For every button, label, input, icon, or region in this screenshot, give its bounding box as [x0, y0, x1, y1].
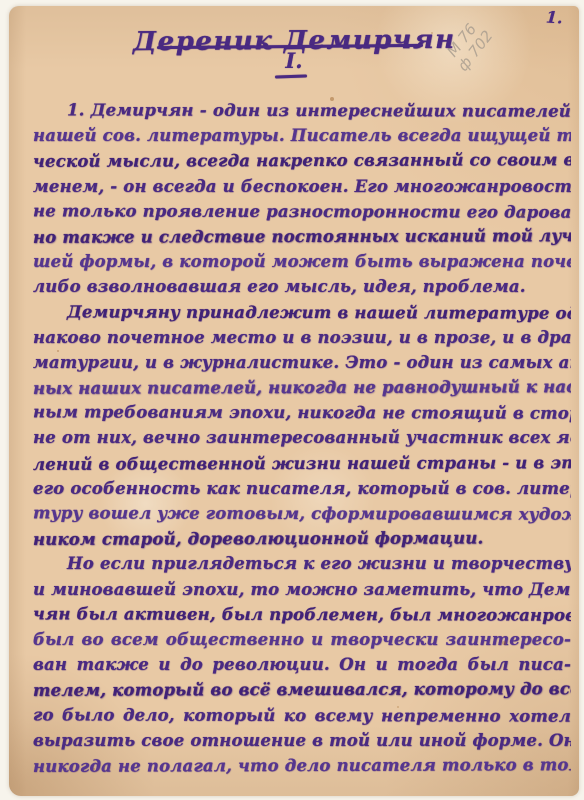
manuscript-line: был во всем общественно и творчески заин… — [33, 627, 571, 652]
numeral-underline — [275, 74, 307, 78]
manuscript-line: Но если приглядеться к его жизни и творч… — [33, 551, 571, 576]
manuscript-line: ван также и до революции. Он и тогда был… — [33, 652, 571, 677]
manuscript-line: не от них, вечно заинтересованный участн… — [33, 425, 571, 450]
manuscript-line: туру вошел уже готовым, сформировавшимся… — [33, 500, 571, 527]
manuscript-line: матургии, и в журналистике. Это - один и… — [33, 350, 571, 375]
manuscript-page: 1. М 76 ф 702 Дереник Демирчян I. 1. Дем… — [9, 6, 579, 796]
manuscript-line: чян был активен, был проблемен, был мног… — [33, 601, 571, 628]
manuscript-line: выразить свое отношение в той или иной ф… — [33, 728, 571, 753]
manuscript-line: никогда не полагал, что дело писателя то… — [33, 752, 571, 779]
manuscript-line: нашей сов. литературы. Писатель всегда и… — [33, 123, 571, 148]
manuscript-line: ником старой, дореволюционной формации. — [33, 525, 571, 552]
manuscript-line: ным требованиям эпохи, никогда не стоящи… — [33, 400, 571, 427]
manuscript-line: либо взволновавшая его мысль, идея, проб… — [33, 274, 571, 299]
manuscript-line: и миновавшей эпохи, то можно заметить, ч… — [33, 577, 571, 602]
manuscript-line: Демирчяну принадлежит в нашей литературе… — [33, 299, 571, 326]
manuscript-line: не только проявление разносторонности ег… — [33, 198, 571, 225]
manuscript-line: его особенность как писателя, который в … — [33, 476, 571, 501]
page-number: 1. — [546, 7, 564, 27]
manuscript-line: ных наших писателей, никогда не равнодуш… — [33, 374, 571, 401]
manuscript-line: но также и следствие постоянных исканий … — [33, 223, 571, 250]
section-numeral: I. — [9, 48, 579, 73]
manuscript-line: го было дело, который ко всему непременн… — [33, 702, 571, 729]
manuscript-line: шей формы, в которой может быть выражена… — [33, 249, 571, 274]
manuscript-text: 1. Демирчян - один из интереснейших писа… — [33, 98, 571, 796]
manuscript-line: телем, который во всё вмешивался, которо… — [33, 676, 571, 703]
manuscript-line: наково почетное место и в поэзии, и в пр… — [33, 325, 571, 350]
manuscript-line: ческой мысли, всегда накрепко связанный … — [33, 148, 571, 175]
manuscript-line: 1. Демирчян - один из интереснейших писа… — [33, 98, 571, 124]
manuscript-line: менем, - он всегда и беспокоен. Его мног… — [33, 174, 571, 199]
scan-background: 1. М 76 ф 702 Дереник Демирчян I. 1. Дем… — [0, 0, 584, 800]
manuscript-line: лений в общественной жизни нашей страны … — [33, 450, 571, 477]
